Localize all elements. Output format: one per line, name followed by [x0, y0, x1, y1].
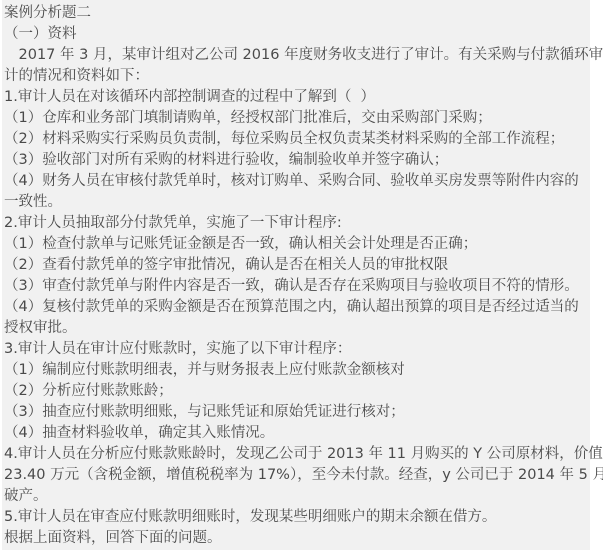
question-5: 5.审计人员在审查应付账款明细账时，发现某些明细账户的期末余额在借方。 — [4, 507, 590, 528]
text-line: 一致性。 — [4, 192, 590, 213]
list-item: （2）材料采购实行采购员负责制，每位采购员全权负责某类材料采购的全部工作流程； — [4, 129, 590, 150]
text-line: 根据上面资料，回答下面的问题。 — [4, 528, 590, 549]
section-heading-block: （一）资料 — [4, 24, 590, 45]
list-item: （1）编制应付账款明细表，并与财务报表上应付账款金额核对 — [4, 360, 590, 381]
list-item: （4）抽查材料验收单，确定其入账情况。 — [4, 423, 590, 444]
section-heading: （一）资料 — [4, 24, 590, 45]
title-block: 案例分析题二 — [4, 3, 590, 24]
list-item: （2）分析应付账款账龄； — [4, 381, 590, 402]
question-4: 4.审计人员在分析应付账款账龄时，发现乙公司于 2013 年 11 月购买的 Y… — [4, 444, 590, 507]
text-line: 破产。 — [4, 486, 590, 507]
closing-note: 根据上面资料，回答下面的问题。 — [4, 528, 590, 549]
list-item: （3）审查付款凭单与附件内容是否一致，确认是否存在采购项目与验收项目不符的情形。 — [4, 276, 590, 297]
text-line: 23.40 万元（含税金额，增值税税率为 17%），至今未付款。经查，y 公司已… — [4, 465, 590, 486]
question-3: 3.审计人员在审计应付账款时，实施了以下审计程序： （1）编制应付账款明细表，并… — [4, 339, 590, 444]
question-heading: 1.审计人员在对该循环内部控制调查的过程中了解到（ ） — [4, 87, 590, 108]
question-heading: 2.审计人员抽取部分付款凭单，实施了一下审计程序: — [4, 213, 590, 234]
text-line: 计的情况和资料如下： — [4, 66, 590, 87]
list-item: （4）复核付款凭单的采购金额是否在预算范围之内，确认超出预算的项目是否经过适当的 — [4, 297, 590, 318]
document-title: 案例分析题二 — [4, 3, 590, 24]
text-line: 2017 年 3 月，某审计组对乙公司 2016 年度财务收支进行了审计。有关采… — [4, 45, 590, 66]
list-item: （1）仓库和业务部门填制请购单，经授权部门批准后，交由采购部门采购； — [4, 108, 590, 129]
text-line: 授权审批。 — [4, 318, 590, 339]
list-item: （1）检查付款单与记账凭证金额是否一致，确认相关会计处理是否正确； — [4, 234, 590, 255]
document: 案例分析题二 （一）资料 2017 年 3 月，某审计组对乙公司 2016 年度… — [2, 0, 590, 549]
question-2: 2.审计人员抽取部分付款凭单，实施了一下审计程序: （1）检查付款单与记账凭证金… — [4, 213, 590, 339]
intro-paragraph: 2017 年 3 月，某审计组对乙公司 2016 年度财务收支进行了审计。有关采… — [4, 45, 590, 87]
list-item: （2）查看付款凭单的签字审批情况，确认是否在相关人员的审批权限 — [4, 255, 590, 276]
question-heading: 5.审计人员在审查应付账款明细账时，发现某些明细账户的期末余额在借方。 — [4, 507, 590, 528]
list-item: （3）验收部门对所有采购的材料进行验收，编制验收单并签字确认； — [4, 150, 590, 171]
question-heading: 4.审计人员在分析应付账款账龄时，发现乙公司于 2013 年 11 月购买的 Y… — [4, 444, 590, 465]
list-item: （4）财务人员在审核付款凭单时，核对订购单、采购合同、验收单买房发票等附件内容的 — [4, 171, 590, 192]
list-item: （3）抽查应付账款明细账，与记账凭证和原始凭证进行核对； — [4, 402, 590, 423]
document-page: 案例分析题二 （一）资料 2017 年 3 月，某审计组对乙公司 2016 年度… — [2, 0, 590, 550]
question-1: 1.审计人员在对该循环内部控制调查的过程中了解到（ ） （1）仓库和业务部门填制… — [4, 87, 590, 213]
question-heading: 3.审计人员在审计应付账款时，实施了以下审计程序： — [4, 339, 590, 360]
